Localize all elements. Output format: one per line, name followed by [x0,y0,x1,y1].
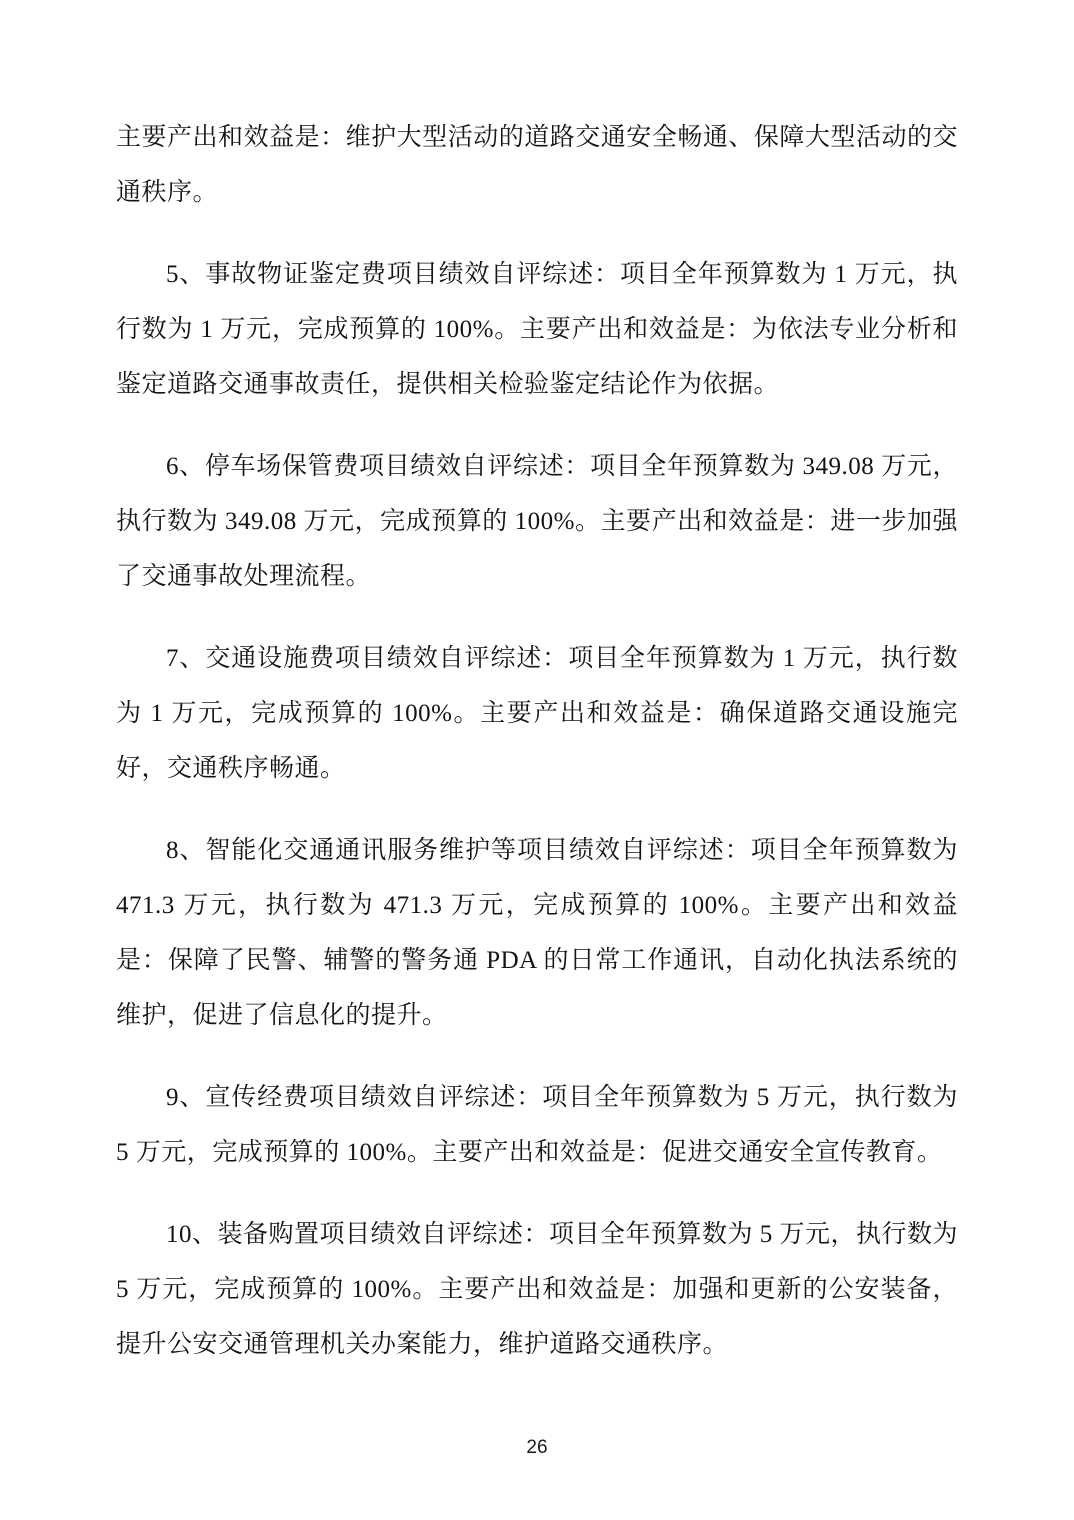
paragraph-item-5: 5、事故物证鉴定费项目绩效自评综述：项目全年预算数为 1 万元，执行数为 1 万… [116,247,958,412]
document-body: 主要产出和效益是：维护大型活动的道路交通安全畅通、保障大型活动的交通秩序。 5、… [116,110,958,1399]
paragraph-item-10: 10、装备购置项目绩效自评综述：项目全年预算数为 5 万元，执行数为 5 万元，… [116,1207,958,1372]
paragraph-item-8: 8、智能化交通通讯服务维护等项目绩效自评综述：项目全年预算数为 471.3 万元… [116,823,958,1043]
paragraph-continuation: 主要产出和效益是：维护大型活动的道路交通安全畅通、保障大型活动的交通秩序。 [116,110,958,220]
page-number: 26 [526,1437,547,1458]
paragraph-item-7: 7、交通设施费项目绩效自评综述：项目全年预算数为 1 万元，执行数为 1 万元，… [116,631,958,796]
document-page: 主要产出和效益是：维护大型活动的道路交通安全畅通、保障大型活动的交通秩序。 5、… [0,0,1074,1520]
paragraph-item-9: 9、宣传经费项目绩效自评综述：项目全年预算数为 5 万元，执行数为 5 万元，完… [116,1070,958,1180]
page-footer: 26 [0,1437,1074,1459]
paragraph-item-6: 6、停车场保管费项目绩效自评综述：项目全年预算数为 349.08 万元，执行数为… [116,439,958,604]
